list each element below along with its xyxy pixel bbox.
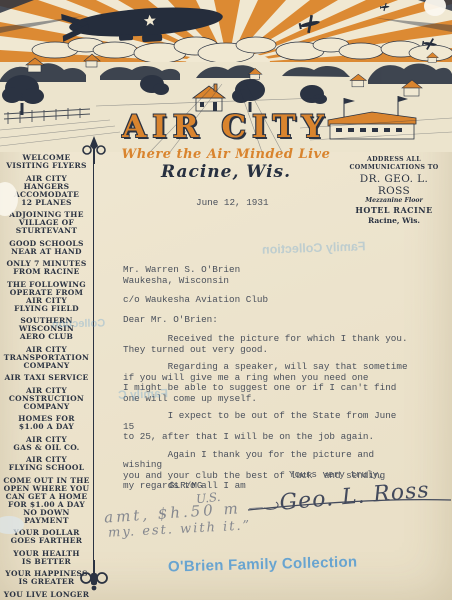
sidebar-item: YOU LIVE LONGER	[2, 591, 91, 599]
collection-stamp: O'Brien Family Collection	[168, 554, 358, 576]
address-hotel: HOTEL RACINE	[342, 205, 446, 215]
sidebar-divider	[93, 160, 94, 568]
sidebar-item: THE FOLLOWING OPERATE FROM AIR CITY FLYI…	[2, 281, 91, 313]
sidebar-item: WELCOME VISITING FLYERS	[2, 154, 91, 170]
signature: Geo. L. Ross	[246, 478, 452, 522]
letter-date: June 12, 1931	[196, 197, 269, 208]
divider-top-finial-icon	[82, 136, 106, 164]
bleedthrough-watermark: Collection	[52, 318, 105, 331]
recipient-address: Mr. Warren S. O'Brien Waukesha, Wisconsi…	[123, 265, 413, 286]
letterhead-title: AIR CITY	[0, 109, 452, 145]
address-heading: ADDRESS ALL COMMUNICATIONS TO	[342, 156, 446, 171]
salutation: Dear Mr. O'Brien:	[123, 315, 413, 326]
divider-bottom-finial-icon	[80, 560, 108, 592]
sidebar-item: ONLY 7 MINUTES FROM RACINE	[2, 260, 91, 276]
sidebar-item: AIR CITY CONSTRUCTION COMPANY	[2, 387, 91, 411]
address-block: ADDRESS ALL COMMUNICATIONS TO DR. GEO. L…	[342, 156, 446, 225]
bleedthrough-watermark: Family C	[118, 386, 168, 402]
sidebar-item: AIR CITY TRANSPORTATION COMPANY	[2, 346, 91, 370]
sidebar-item: AIR CITY GAS & OIL CO.	[2, 436, 91, 452]
letter-paragraph: I expect to be out of the State from Jun…	[123, 411, 413, 443]
address-floor: Mezzanine Floor	[342, 197, 446, 204]
letter-body: Mr. Warren S. O'Brien Waukesha, Wisconsi…	[123, 265, 413, 499]
sidebar-item: YOUR HEALTH IS BETTER	[2, 550, 91, 566]
address-name: DR. GEO. L. ROSS	[342, 173, 446, 197]
sidebar-item: ADJOINING THE VILLAGE OF STURTEVANT	[2, 211, 91, 235]
paragraphs: Received the picture for which I thank y…	[123, 334, 413, 492]
sidebar-item: YOUR HAPPINESS IS GREATER	[2, 570, 91, 586]
typist-initials: GLR/MG	[169, 480, 202, 491]
sidebar-item: AIR TAXI SERVICE	[2, 374, 91, 382]
sidebar-item: AIR CITY FLYING SCHOOL	[2, 456, 91, 472]
sidebar-item: GOOD SCHOOLS NEAR AT HAND	[2, 240, 91, 256]
sidebar-item: HOMES FOR $1.00 A DAY	[2, 415, 91, 431]
address-city: Racine, Wis.	[342, 216, 446, 225]
care-of-line: c/o Waukesha Aviation Club	[123, 295, 413, 306]
letter-page: AIR CITY Where the Air Minded Live Racin…	[0, 0, 452, 600]
bleedthrough-watermark: Family Collection	[262, 239, 366, 257]
signature-text: Geo. L. Ross	[279, 478, 431, 516]
letter-paragraph: Received the picture for which I thank y…	[123, 334, 413, 355]
